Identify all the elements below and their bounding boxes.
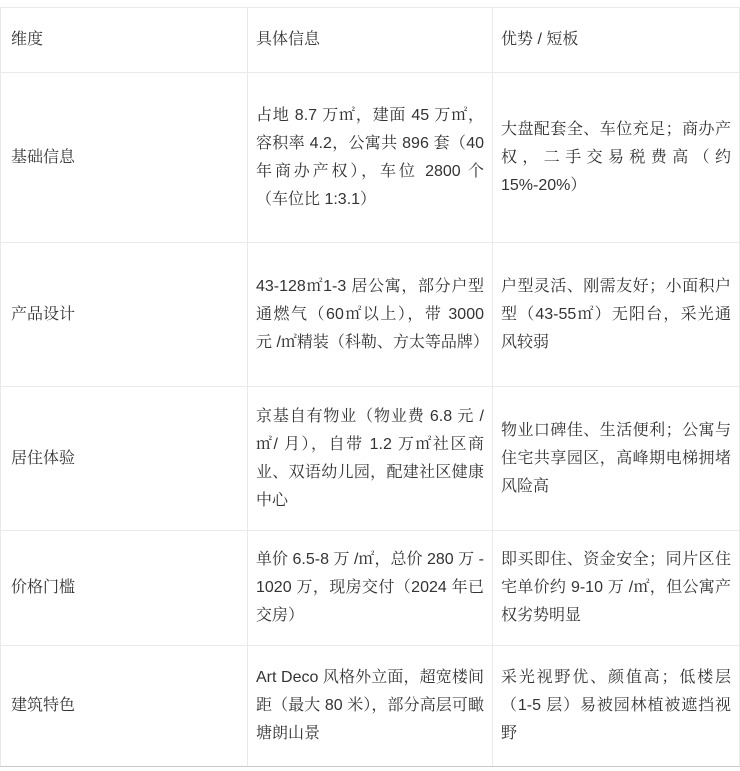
table-row: 基础信息 占地 8.7 万㎡，建面 45 万㎡，容积率 4.2，公寓共 896 … (1, 73, 740, 243)
pros-cons-cell: 户型灵活、刚需友好；小面积户型（43-55㎡）无阳台，采光通风较弱 (493, 243, 740, 387)
dimension-cell: 产品设计 (1, 243, 248, 387)
dimension-cell: 基础信息 (1, 73, 248, 243)
details-cell: 43-128㎡1-3 居公寓，部分户型通燃气（60㎡以上），带 3000 元 /… (248, 243, 493, 387)
page-body: 维度 具体信息 优势 / 短板 基础信息 占地 8.7 万㎡，建面 45 万㎡，… (0, 0, 740, 767)
details-cell: 京基自有物业（物业费 6.8 元 /㎡/ 月），自带 1.2 万㎡社区商业、双语… (248, 387, 493, 531)
pros-cons-cell: 大盘配套全、车位充足；商办产权，二手交易税费高（约 15%-20%） (493, 73, 740, 243)
table-row: 价格门槛 单价 6.5-8 万 /㎡，总价 280 万 - 1020 万，现房交… (1, 531, 740, 646)
header-cell-pros-cons: 优势 / 短板 (493, 8, 740, 73)
table-header-row: 维度 具体信息 优势 / 短板 (1, 8, 740, 73)
pros-cons-cell: 即买即住、资金安全；同片区住宅单价约 9-10 万 /㎡，但公寓产权劣势明显 (493, 531, 740, 646)
pros-cons-cell: 物业口碑佳、生活便利；公寓与住宅共享园区，高峰期电梯拥堵风险高 (493, 387, 740, 531)
header-cell-dimension: 维度 (1, 8, 248, 73)
table-row: 产品设计 43-128㎡1-3 居公寓，部分户型通燃气（60㎡以上），带 300… (1, 243, 740, 387)
dimension-cell: 居住体验 (1, 387, 248, 531)
table-row: 建筑特色 Art Deco 风格外立面，超宽楼间距（最大 80 米），部分高层可… (1, 646, 740, 767)
dimension-cell: 建筑特色 (1, 646, 248, 767)
comparison-table: 维度 具体信息 优势 / 短板 基础信息 占地 8.7 万㎡，建面 45 万㎡，… (0, 7, 740, 767)
header-cell-details: 具体信息 (248, 8, 493, 73)
table-row: 居住体验 京基自有物业（物业费 6.8 元 /㎡/ 月），自带 1.2 万㎡社区… (1, 387, 740, 531)
details-cell: Art Deco 风格外立面，超宽楼间距（最大 80 米），部分高层可瞰塘朗山景 (248, 646, 493, 767)
dimension-cell: 价格门槛 (1, 531, 248, 646)
details-cell: 单价 6.5-8 万 /㎡，总价 280 万 - 1020 万，现房交付（202… (248, 531, 493, 646)
pros-cons-cell: 采光视野优、颜值高；低楼层（1-5 层）易被园林植被遮挡视野 (493, 646, 740, 767)
details-cell: 占地 8.7 万㎡，建面 45 万㎡，容积率 4.2，公寓共 896 套（40 … (248, 73, 493, 243)
